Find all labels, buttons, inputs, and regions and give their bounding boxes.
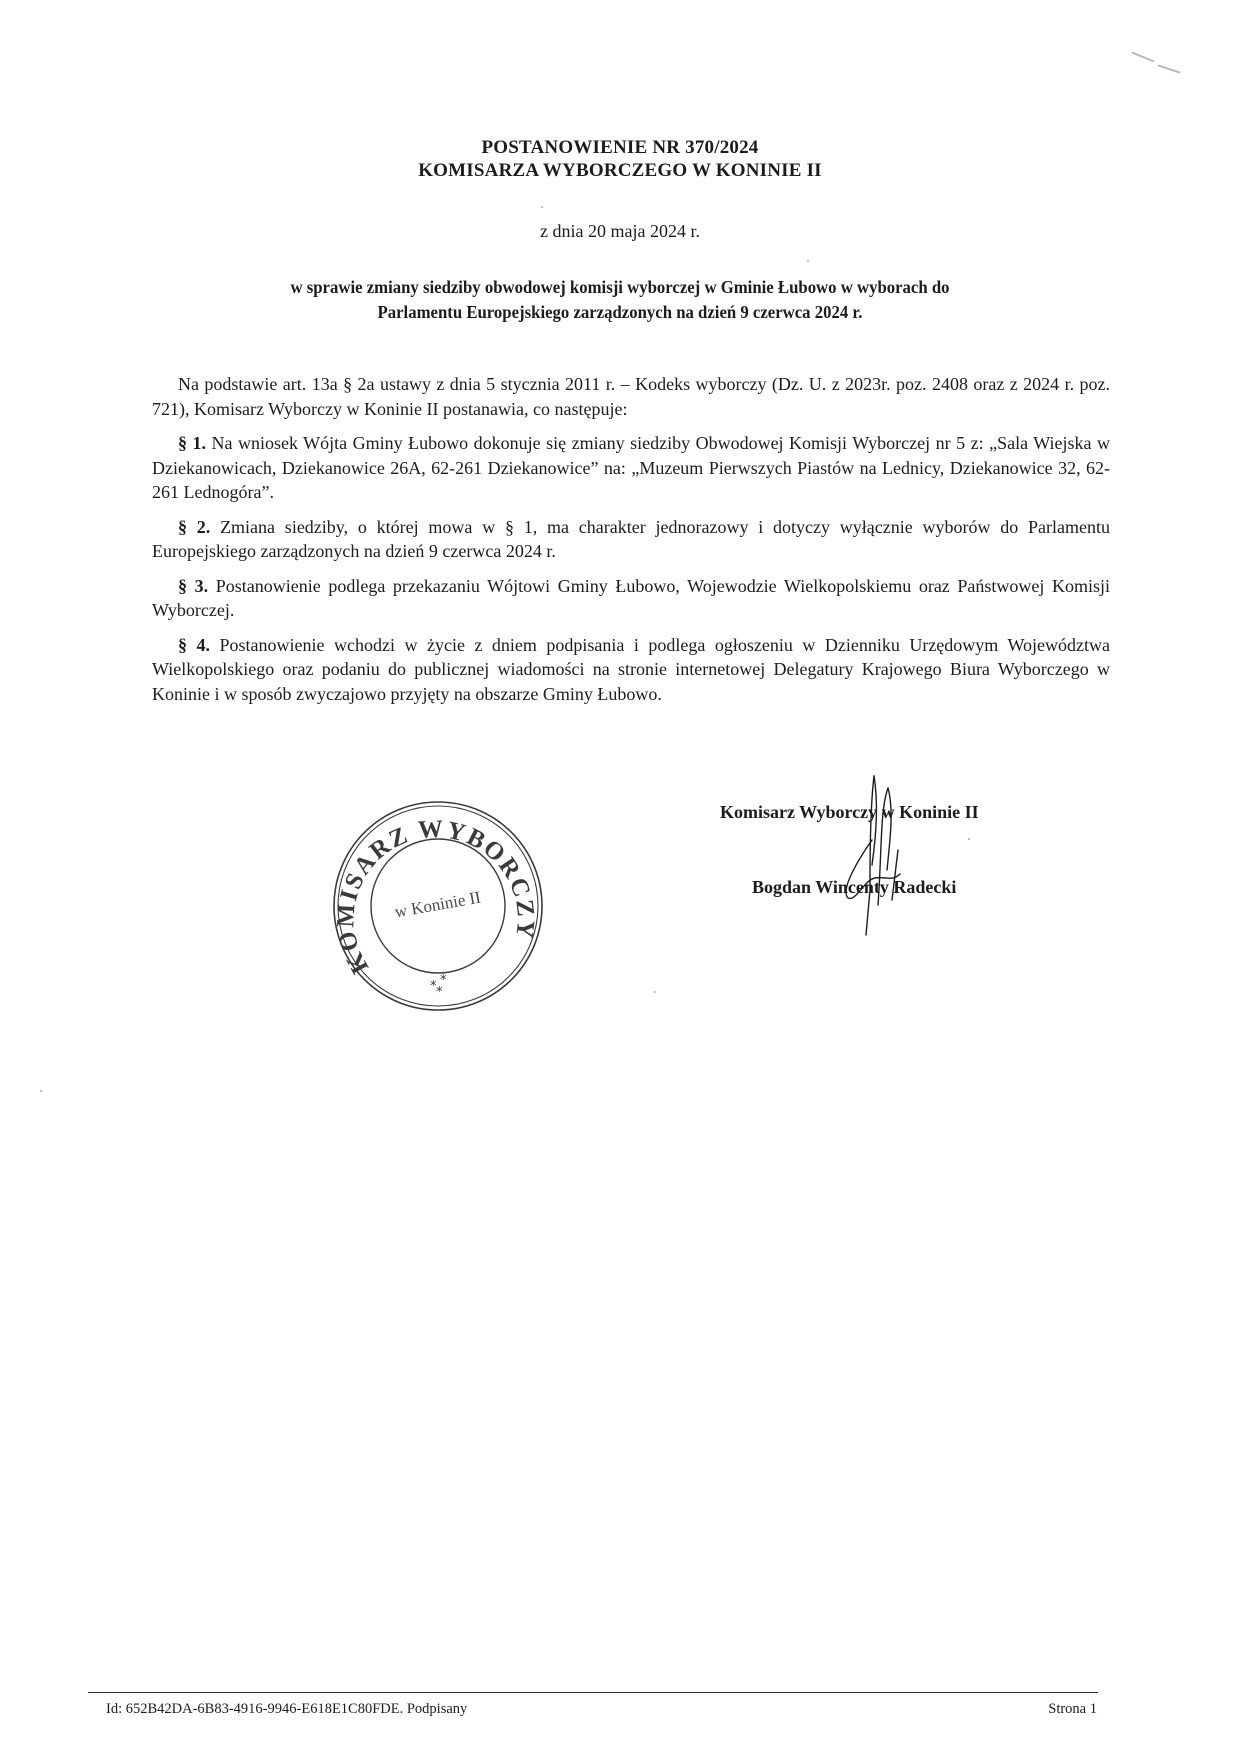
stamp-stars: *** bbox=[430, 973, 447, 1000]
subject-line-2: Parlamentu Europejskiego zarządzonych na… bbox=[202, 300, 1039, 325]
scan-speck bbox=[40, 1090, 42, 1092]
page-number: Strona 1 bbox=[1048, 1701, 1097, 1718]
footer-divider bbox=[88, 1692, 1098, 1693]
paragraph-number: § 4. bbox=[178, 635, 210, 655]
paragraph-2: § 2. Zmiana siedziby, o której mowa w § … bbox=[152, 515, 1110, 564]
scan-mark bbox=[1157, 64, 1180, 73]
document-subject: w sprawie zmiany siedziby obwodowej komi… bbox=[202, 275, 1039, 325]
title-line-1: POSTANOWIENIE NR 370/2024 bbox=[0, 137, 1240, 159]
document-title: POSTANOWIENIE NR 370/2024 KOMISARZA WYBO… bbox=[0, 137, 1240, 182]
paragraph-text: Postanowienie wchodzi w życie z dniem po… bbox=[152, 635, 1110, 704]
scan-speck bbox=[541, 206, 543, 208]
paragraph-number: § 1. bbox=[178, 433, 206, 453]
preamble: Na podstawie art. 13a § 2a ustawy z dnia… bbox=[152, 372, 1110, 421]
paragraph-1: § 1. Na wniosek Wójta Gminy Łubowo dokon… bbox=[152, 431, 1110, 505]
paragraph-number: § 2. bbox=[178, 517, 210, 537]
paragraph-3: § 3. Postanowienie podlega przekazaniu W… bbox=[152, 574, 1110, 623]
scan-speck bbox=[968, 838, 970, 840]
scan-speck bbox=[807, 260, 809, 262]
handwritten-signature bbox=[830, 770, 910, 940]
paragraph-number: § 3. bbox=[178, 576, 208, 596]
scan-mark bbox=[1131, 52, 1154, 63]
official-stamp: KOMISARZ WYBORCZY w Koninie II *** bbox=[330, 798, 546, 1014]
stamp-inner-text: w Koninie II bbox=[393, 888, 482, 922]
paragraph-text: Zmiana siedziby, o której mowa w § 1, ma… bbox=[152, 517, 1110, 562]
document-id: Id: 652B42DA-6B83-4916-9946-E618E1C80FDE… bbox=[106, 1701, 467, 1718]
scan-speck bbox=[654, 991, 656, 993]
paragraph-4: § 4. Postanowienie wchodzi w życie z dni… bbox=[152, 633, 1110, 707]
paragraph-text: Postanowienie podlega przekazaniu Wójtow… bbox=[152, 576, 1110, 621]
title-line-2: KOMISARZA WYBORCZEGO W KONINIE II bbox=[0, 160, 1240, 182]
document-body: Na podstawie art. 13a § 2a ustawy z dnia… bbox=[152, 372, 1110, 716]
subject-line-1: w sprawie zmiany siedziby obwodowej komi… bbox=[202, 275, 1039, 300]
paragraph-text: Na wniosek Wójta Gminy Łubowo dokonuje s… bbox=[152, 433, 1110, 502]
document-date: z dnia 20 maja 2024 r. bbox=[0, 221, 1240, 242]
